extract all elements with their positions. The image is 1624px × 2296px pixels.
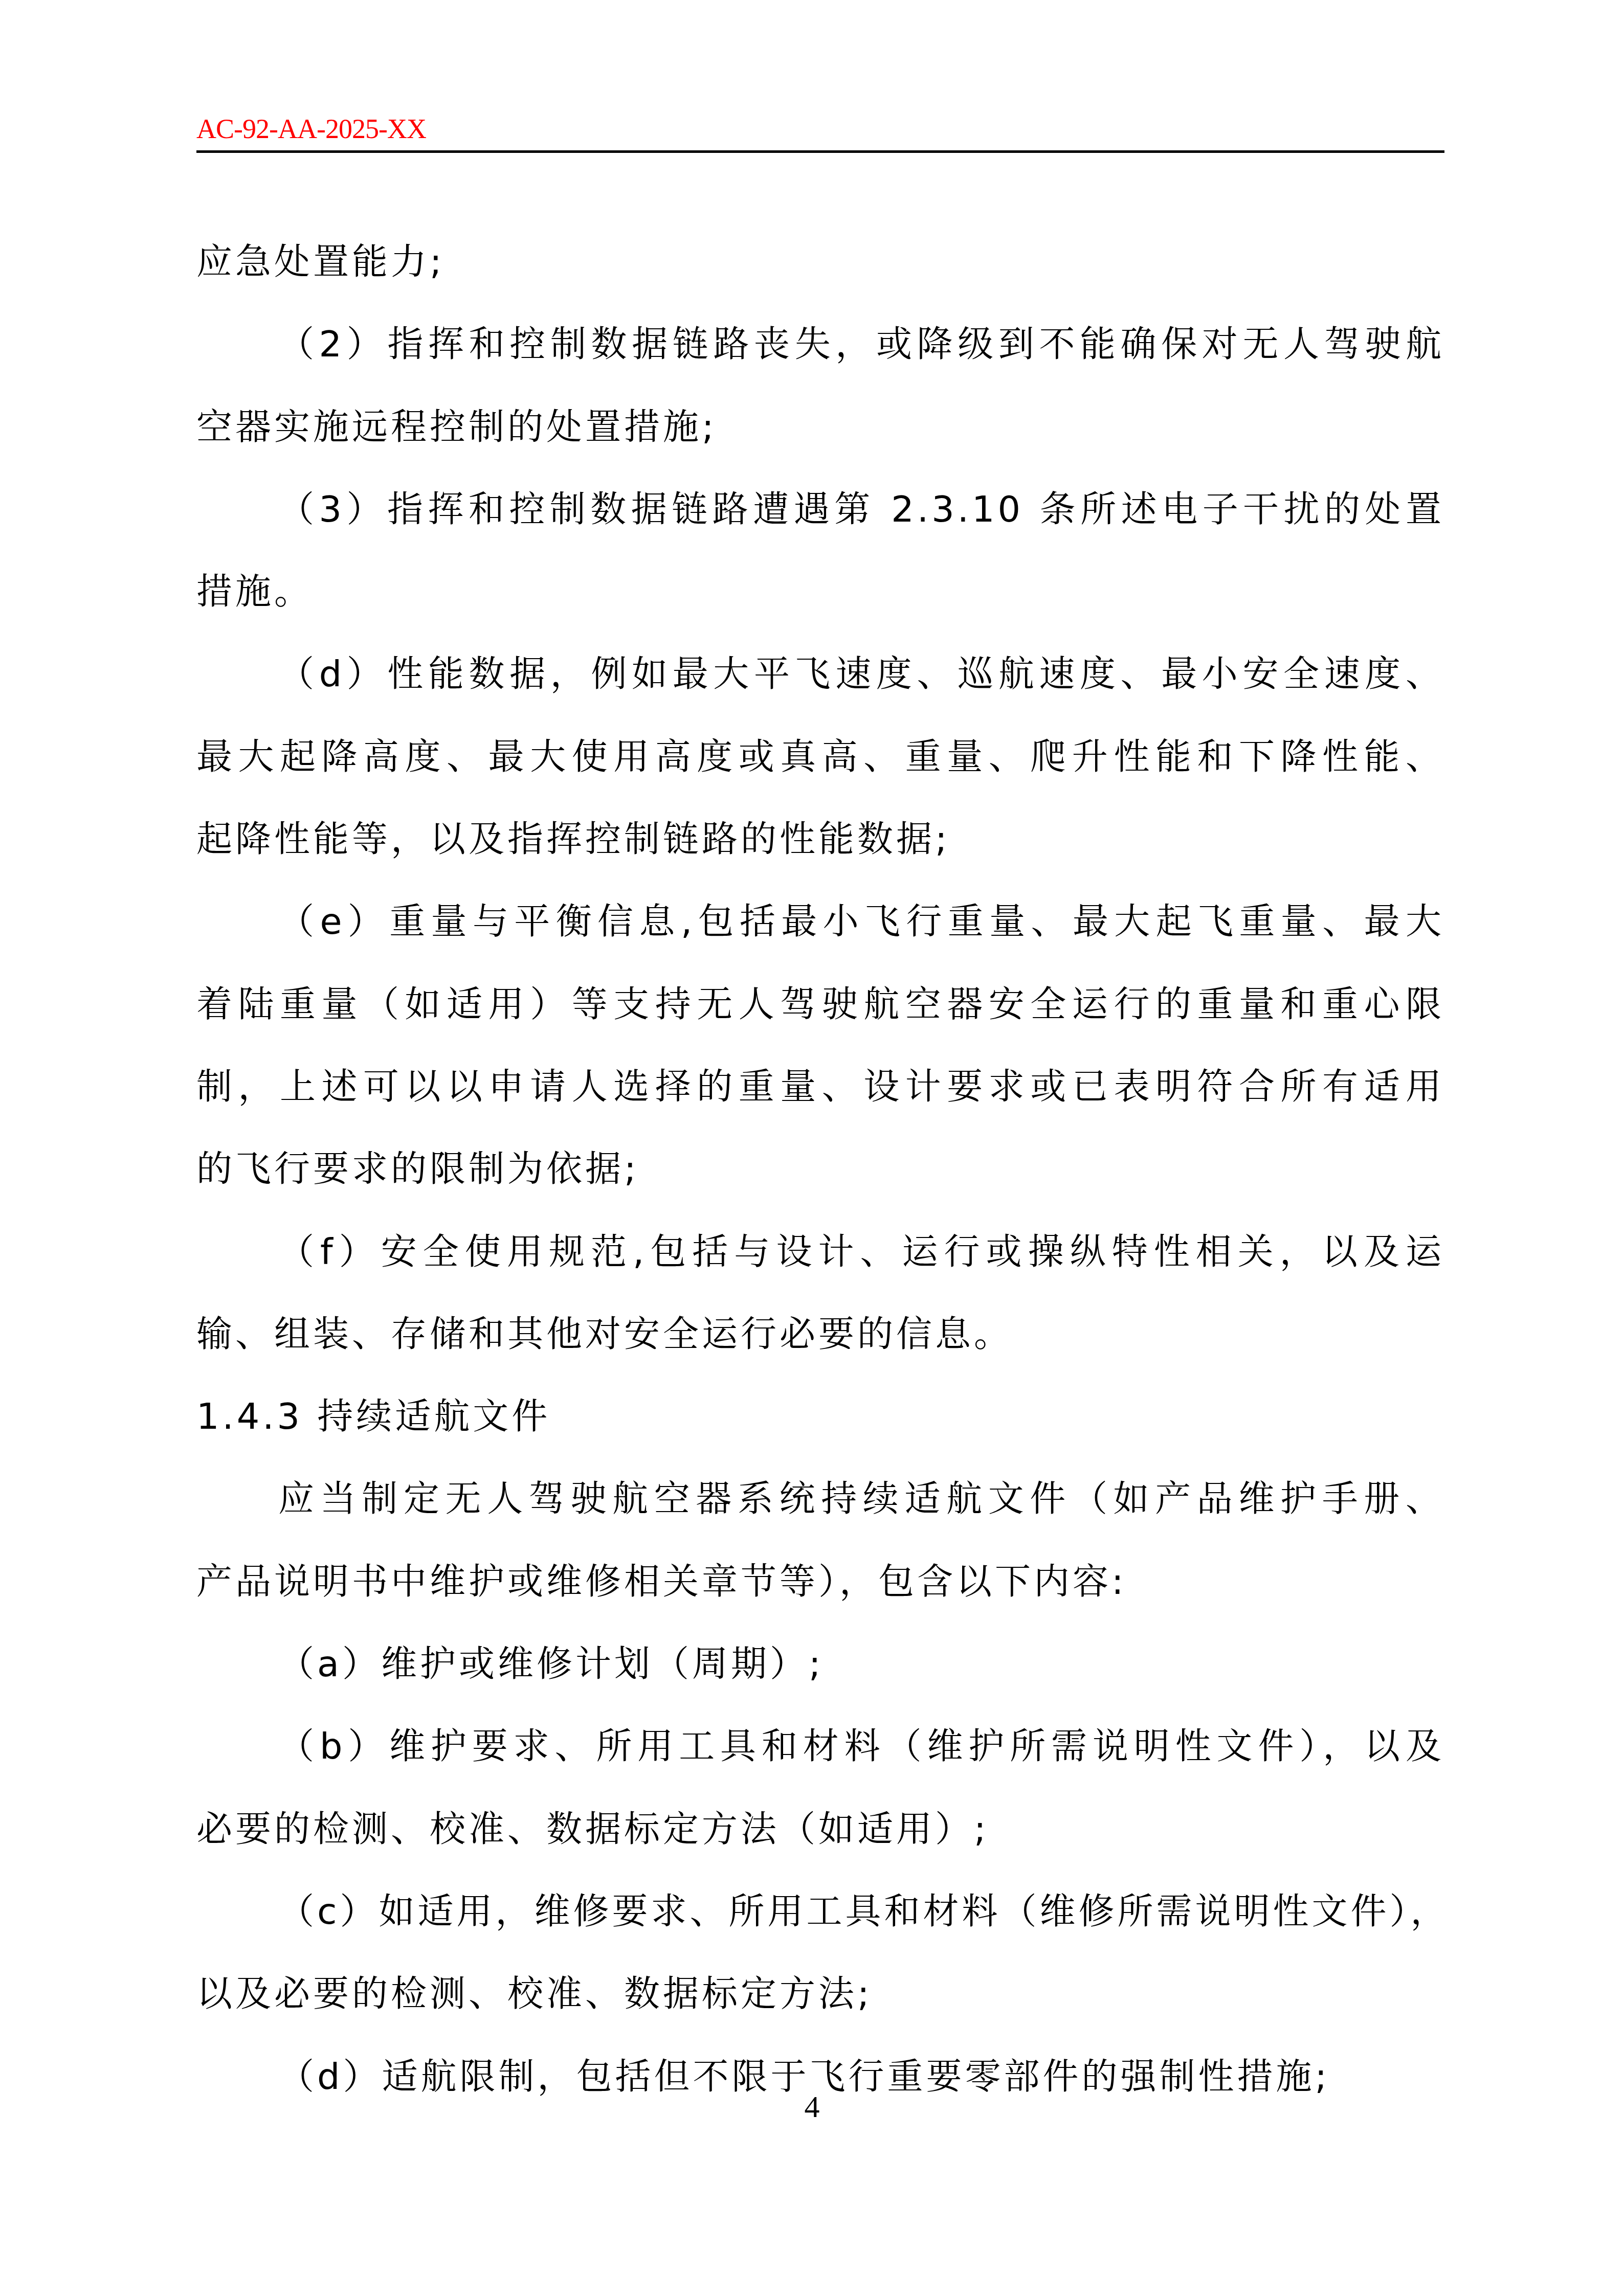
document-body: 应急处置能力; （2）指挥和控制数据链路丧失，或降级到不能确保对无人驾驶航 空器… [196,221,1444,2118]
body-line: （a）维护或维修计划（周期）; [196,1623,1444,1705]
body-line: （f）安全使用规范,包括与设计、运行或操纵特性相关，以及运 [196,1211,1444,1293]
body-line: （e）重量与平衡信息,包括最小飞行重量、最大起飞重量、最大 [196,881,1444,963]
body-line: 起降性能等，以及指挥控制链路的性能数据; [196,798,1444,881]
body-line: （3）指挥和控制数据链路遭遇第 2.3.10 条所述电子干扰的处置 [196,468,1444,551]
body-line: （d）性能数据，例如最大平飞速度、巡航速度、最小安全速度、 [196,633,1444,715]
body-line: 以及必要的检测、校准、数据标定方法; [196,1953,1444,2035]
body-line: 产品说明书中维护或维修相关章节等），包含以下内容: [196,1541,1444,1623]
body-line: 应当制定无人驾驶航空器系统持续适航文件（如产品维护手册、 [196,1458,1444,1540]
body-line: 着陆重量（如适用）等支持无人驾驶航空器安全运行的重量和重心限 [196,963,1444,1046]
body-line: 的飞行要求的限制为依据; [196,1128,1444,1210]
body-line: （b）维护要求、所用工具和材料（维护所需说明性文件），以及 [196,1705,1444,1788]
body-line: （c）如适用，维修要求、所用工具和材料（维修所需说明性文件）， [196,1871,1444,1953]
body-line: 应急处置能力; [196,221,1444,303]
body-line: 措施。 [196,551,1444,633]
body-line: 输、组装、存储和其他对安全运行必要的信息。 [196,1293,1444,1376]
header-divider [196,150,1444,153]
document-page: AC-92-AA-2025-XX 应急处置能力; （2）指挥和控制数据链路丧失，… [0,0,1624,2296]
body-line: （2）指挥和控制数据链路丧失，或降级到不能确保对无人驾驶航 [196,303,1444,386]
document-code-header: AC-92-AA-2025-XX [196,114,426,144]
section-heading: 1.4.3 持续适航文件 [196,1376,1444,1458]
body-line: 最大起降高度、最大使用高度或真高、重量、爬升性能和下降性能、 [196,716,1444,798]
body-line: 必要的检测、校准、数据标定方法（如适用）; [196,1788,1444,1871]
body-line: 制，上述可以以申请人选择的重量、设计要求或已表明符合所有适用 [196,1046,1444,1128]
page-number: 4 [0,2089,1624,2125]
body-line: 空器实施远程控制的处置措施; [196,386,1444,468]
